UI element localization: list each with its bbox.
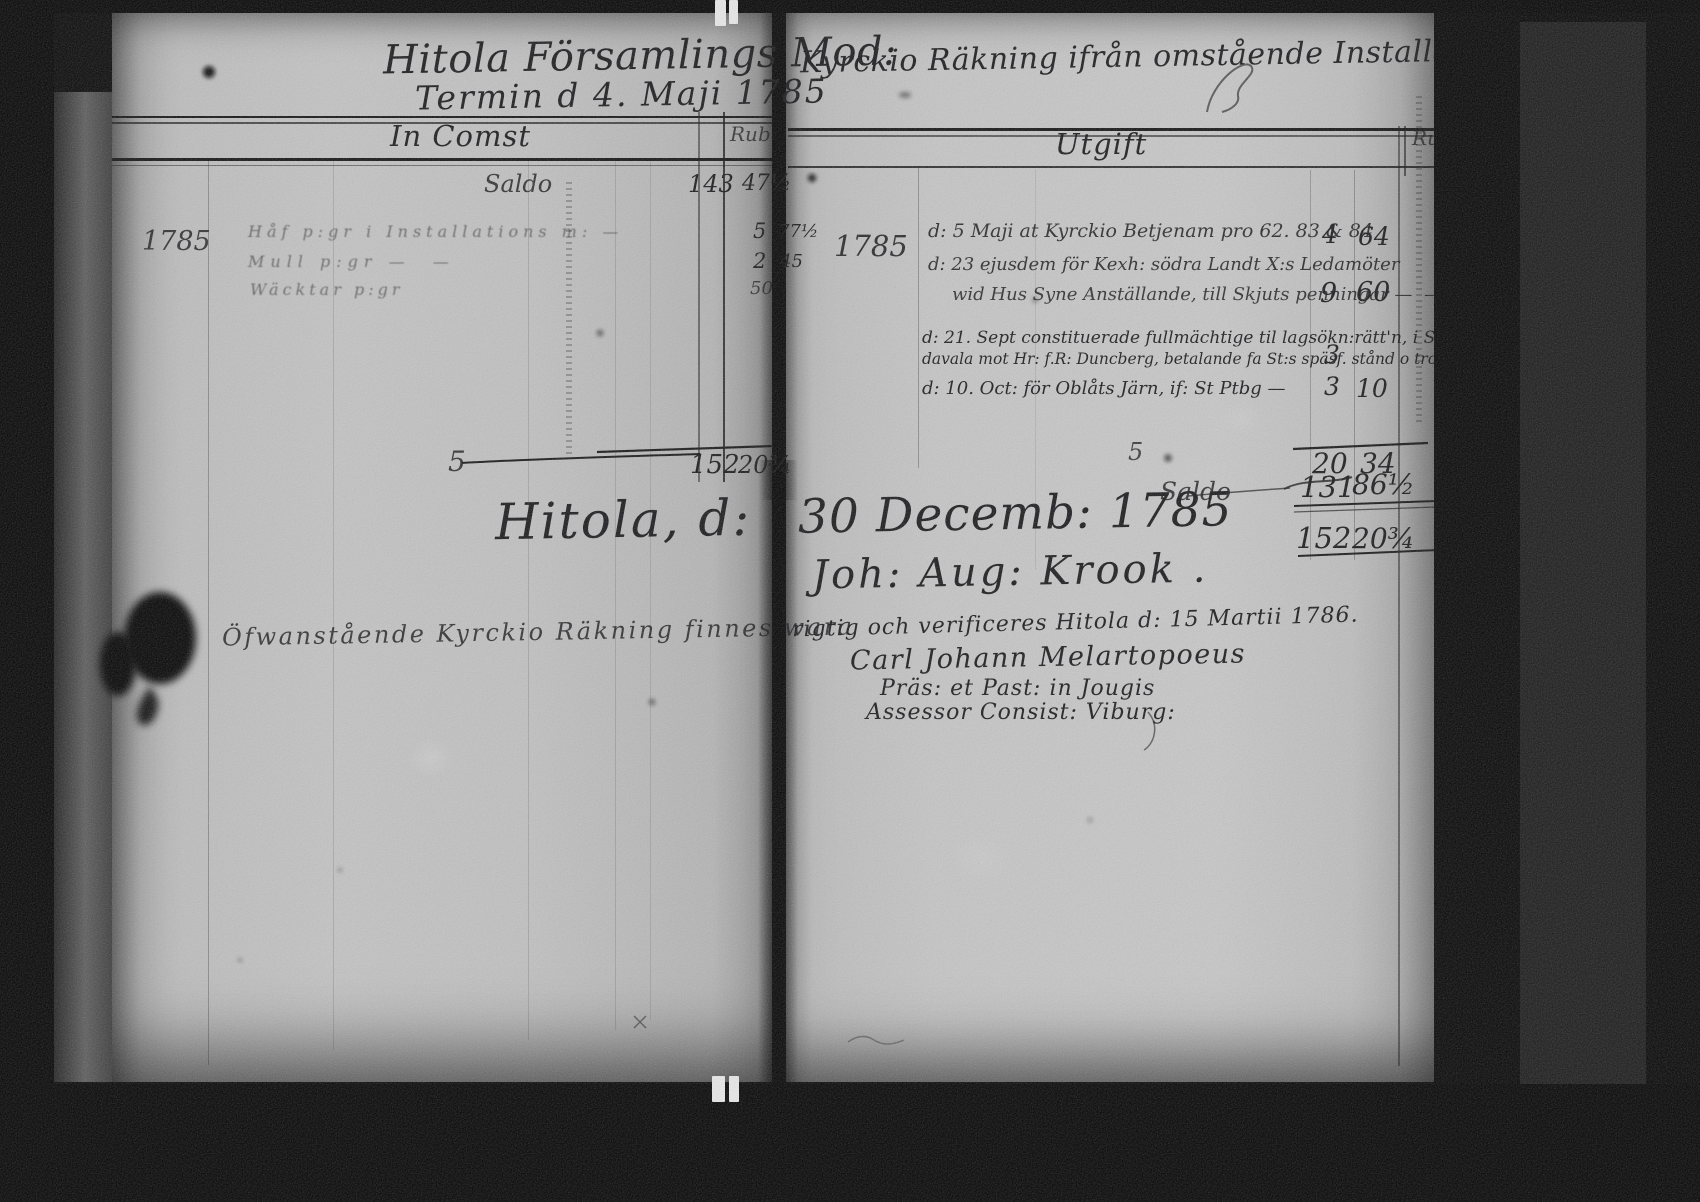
verifier-title-line1: Präs: et Past: in Jougis xyxy=(880,678,1155,700)
left-crease-2 xyxy=(528,160,529,1040)
sprocket-bottom-1 xyxy=(712,1076,725,1102)
right-sum-mark: 5 xyxy=(1128,440,1143,464)
right-row1-rub: 4 xyxy=(1322,222,1338,247)
left-crease-3 xyxy=(615,160,616,1030)
right-row3-line2: davala mot Hr: f.R: Duncberg, betalande … xyxy=(922,352,1474,368)
left-money-rule-2 xyxy=(723,112,725,482)
right-row1-line1: d: 5 Maji at Kyrckio Betjenam pro 62. 83… xyxy=(928,222,1373,241)
left-row2-rub: 2 xyxy=(753,251,766,272)
left-year: 1785 xyxy=(142,228,211,255)
sprocket-top-2 xyxy=(729,0,738,24)
right-row4-line1: d: 10. Oct: för Oblåts Järn, if: St Ptbg… xyxy=(922,380,1286,398)
right-header-rule-top xyxy=(788,128,1510,131)
closing-date: 30 Decemb: 1785 xyxy=(798,486,1233,541)
right-saldo-cop: 86½ xyxy=(1352,471,1415,499)
right-total-rub: 152 xyxy=(1296,524,1351,553)
left-crease-4 xyxy=(650,160,651,1020)
left-total-cop: 20¾ xyxy=(738,453,792,477)
right-total-cop: 20¾ xyxy=(1352,525,1415,553)
right-year: 1785 xyxy=(834,232,908,261)
page-gutter-lower xyxy=(758,460,798,1090)
left-saldo-cop: 47½ xyxy=(742,173,791,195)
sprocket-top-1 xyxy=(715,0,726,26)
film-bottom-band xyxy=(0,1084,1700,1202)
film-top-band xyxy=(0,0,1700,13)
signature: Joh: Aug: Krook . xyxy=(812,549,1209,596)
film-right-strip xyxy=(1520,22,1646,1084)
closing-place: Hitola, d: xyxy=(495,493,752,547)
left-row3-cop: 50 xyxy=(750,280,773,298)
sprocket-bottom-2 xyxy=(729,1076,739,1102)
income-column-label: In Comst xyxy=(390,122,531,151)
left-header-rule-bottom xyxy=(112,158,772,161)
right-row1-cop: 64 xyxy=(1358,224,1390,249)
paper-blotch-3 xyxy=(1222,402,1262,436)
verifier-name: Carl Johann Melartopoeus xyxy=(850,641,1246,675)
right-row3-rub: 3 xyxy=(1324,342,1340,367)
right-row4-cop: 10 xyxy=(1356,376,1388,401)
verifier-title-line2: Assessor Consist: Viburg: xyxy=(866,702,1176,724)
left-header-rule-bottom2 xyxy=(112,165,772,166)
right-header-rule-top2 xyxy=(788,135,1510,137)
film-left-strip xyxy=(52,92,112,1082)
paper-blotch-1 xyxy=(408,738,454,778)
left-row1-cop: 77½ xyxy=(778,223,818,241)
left-saldo-label: Saldo xyxy=(484,172,552,196)
left-saldo-rub: 143 xyxy=(688,172,734,196)
left-money-rule-1 xyxy=(698,112,700,482)
left-total-rub: 152 xyxy=(690,452,740,478)
left-row1-rub: 5 xyxy=(753,221,766,242)
left-row3-text: Wäcktar p:gr xyxy=(250,282,403,298)
right-saldo-rub: 131 xyxy=(1300,473,1355,502)
right-row4-rub: 3 xyxy=(1324,374,1340,399)
paper-blotch-2 xyxy=(952,832,1012,884)
right-row2-line1: d: 23 ejusdem för Kexh: södra Landt X:s … xyxy=(928,256,1399,274)
microfilm-frame: Hitola Församlings Mod: Termin d 4. Maji… xyxy=(0,0,1700,1202)
film-left-band xyxy=(0,0,54,1202)
left-margin-rule xyxy=(208,160,209,1065)
left-heading-line2: Termin d 4. Maji 1785 xyxy=(415,74,828,114)
left-row2-text: Mull p:gr — — xyxy=(248,254,455,270)
left-total-mark: 5 xyxy=(448,448,466,476)
left-row2-cop: 45 xyxy=(780,253,803,271)
right-header-rule-bottom xyxy=(788,166,1510,168)
right-row2-rub: 9 xyxy=(1320,280,1337,307)
right-row2-cop: 60 xyxy=(1356,279,1390,306)
left-row1-text: Håf p:gr i Installations m: — xyxy=(248,224,623,240)
left-rub-column-label: Rub xyxy=(730,124,771,144)
expense-column-label: Utgift xyxy=(1055,130,1147,159)
right-header-col-rule xyxy=(1404,126,1406,176)
right-margin-rule xyxy=(918,168,919,468)
right-row3-line1: d: 21. Sept constituerade fullmächtige t… xyxy=(922,330,1459,347)
